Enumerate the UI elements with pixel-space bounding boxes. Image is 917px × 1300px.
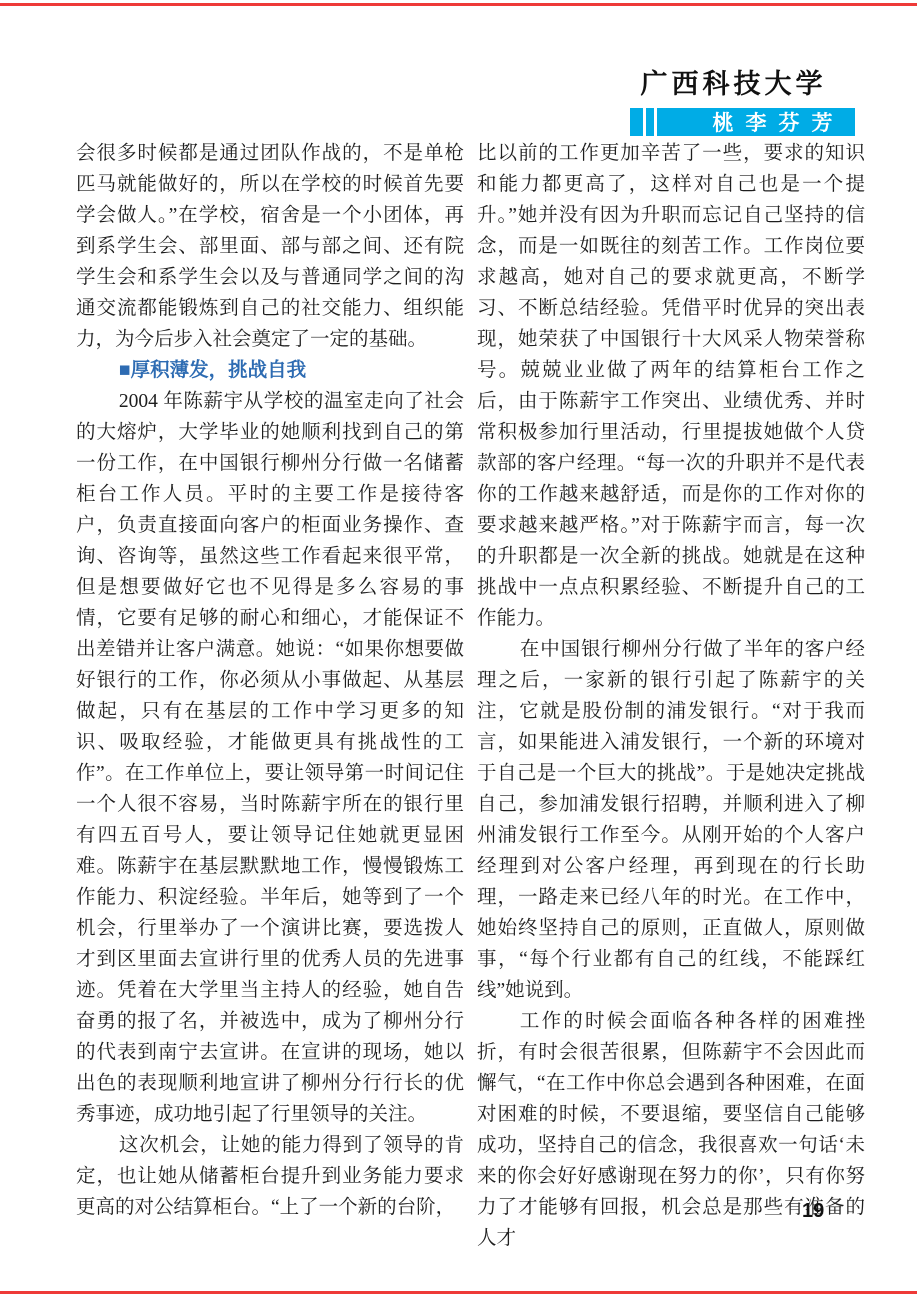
university-title: 广西科技大学 — [630, 62, 837, 101]
paragraph: 比以前的工作更加辛苦了一些，要求的知识和能力都更高了，这样对自己也是一个提升。”… — [477, 138, 865, 634]
page-border-bottom — [0, 1291, 917, 1294]
section-marker-icon: ■ — [119, 359, 131, 381]
right-column: 比以前的工作更加辛苦了一些，要求的知识和能力都更高了，这样对自己也是一个提升。”… — [477, 138, 865, 1254]
left-column: 会很多时候都是通过团队作战的，不是单枪匹马就能做好的，所以在学校的时候首先要学会… — [76, 138, 464, 1254]
section-banner: 桃李芬芳 — [630, 108, 855, 136]
paragraph: 在中国银行柳州分行做了半年的客户经理之后，一家新的银行引起了陈薪宇的关注，它就是… — [477, 634, 865, 1006]
section-heading-label: 厚积薄发，挑战自我 — [131, 359, 307, 381]
magazine-page: 广西科技大学 桃李芬芳 会很多时候都是通过团队作战的，不是单枪匹马就能做好的，所… — [0, 0, 917, 1300]
banner-title: 桃李芬芳 — [690, 108, 855, 136]
article-body: 会很多时候都是通过团队作战的，不是单枪匹马就能做好的，所以在学校的时候首先要学会… — [76, 138, 866, 1254]
page-header: 广西科技大学 桃李芬芳 — [630, 62, 855, 136]
banner-stripe-icon — [654, 108, 657, 136]
section-heading: ■厚积薄发，挑战自我 — [76, 355, 464, 386]
page-border-top — [0, 3, 917, 6]
banner-stripe-icon — [643, 108, 646, 136]
page-number: 19 — [802, 1200, 824, 1223]
paragraph: 会很多时候都是通过团队作战的，不是单枪匹马就能做好的，所以在学校的时候首先要学会… — [76, 138, 464, 355]
paragraph: 这次机会，让她的能力得到了领导的肯定，也让她从储蓄柜台提升到业务能力要求更高的对… — [76, 1130, 464, 1223]
paragraph: 2004 年陈薪宇从学校的温室走向了社会的大熔炉，大学毕业的她顺利找到自己的第一… — [76, 386, 464, 1130]
